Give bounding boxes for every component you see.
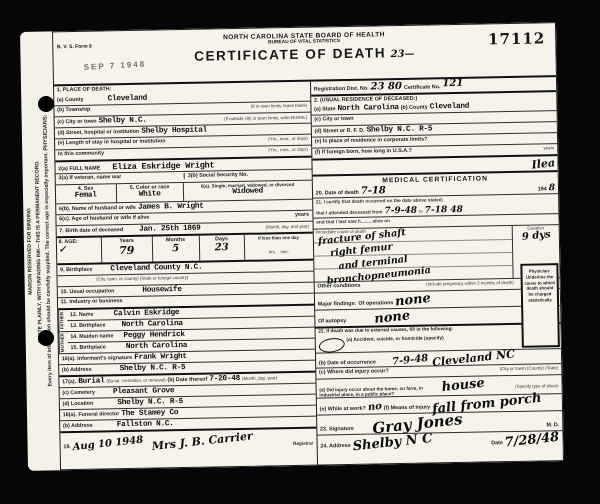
occupation-value: Housewife bbox=[142, 286, 182, 295]
stay-label: (e) Length of stay in hospital or instit… bbox=[58, 138, 166, 146]
age-min-label: min. bbox=[280, 249, 288, 254]
birthplace-hint: (City, town, or county) (State or foreig… bbox=[96, 275, 188, 282]
year-printed: 194 bbox=[538, 186, 547, 192]
father-side-label: FATHER bbox=[58, 310, 67, 331]
year-handwritten: 8 bbox=[549, 183, 555, 193]
veteran-label: 3(a) If veteran, name war bbox=[58, 174, 121, 181]
place-of-death-section-label: 1. PLACE OF DEATH: bbox=[57, 86, 112, 93]
mother-name-label: 14. Maiden name bbox=[70, 333, 113, 340]
informant-signature-value: Frank Wright bbox=[134, 353, 187, 362]
operations-label: Of operations bbox=[358, 300, 393, 307]
burial-type-value: Burial bbox=[78, 377, 104, 385]
handwritten-side-note: Ilea bbox=[530, 156, 555, 171]
registration-district-label: Registration Dist. No. bbox=[314, 86, 369, 93]
mother-birthplace-label: 15. Birthplace bbox=[70, 344, 105, 351]
certificate-header: B. V. S. Form 8 NORTH CAROLINA STATE BOA… bbox=[53, 23, 556, 86]
birthplace-label: 9. Birthplace bbox=[60, 267, 92, 274]
father-name-label: 12. Name bbox=[70, 312, 94, 318]
marital-value: Widowed bbox=[232, 188, 263, 197]
certificate-serial-number: 17112 bbox=[488, 29, 546, 48]
city-hint: (If outside city or town limits, write R… bbox=[224, 115, 307, 122]
burial-date-value: 7-20-48 bbox=[209, 375, 240, 384]
age-days-value: 23 bbox=[215, 242, 229, 253]
registrar-label: Registrar bbox=[293, 441, 313, 446]
last-saw-alive-label: and that I last saw h........ alive on bbox=[316, 218, 390, 224]
spouse-label: 6(b). Name of husband or wife bbox=[59, 205, 136, 212]
major-findings-label: Major findings: bbox=[318, 301, 357, 308]
margin-note-sentence: Every item of information should be care… bbox=[43, 153, 53, 387]
township-label: (b) Township bbox=[57, 107, 90, 114]
mother-side-label: MOTHER bbox=[58, 332, 67, 353]
birth-date-value: Jan. 25th 1869 bbox=[139, 225, 200, 234]
injury-about-value: house bbox=[441, 376, 486, 395]
father-birthplace-label: 13. Birthplace bbox=[70, 322, 105, 329]
residence-foreign-label: (f) If foreign born, how long in U.S.A.? bbox=[315, 148, 412, 156]
registrar-number-label: 19. bbox=[63, 444, 71, 450]
where-injury-label: (c) Where did injury occur? bbox=[319, 368, 389, 375]
injury-about-hint: (Specify type of place) bbox=[515, 383, 559, 389]
left-column: 1. PLACE OF DEATH: (a) County Cleveland … bbox=[54, 82, 317, 470]
date-of-occurrence-value: 7-9-48 bbox=[392, 353, 429, 368]
means-of-injury-label: (f) Means of injury bbox=[384, 404, 431, 411]
mother-birthplace-value: North Carolina bbox=[126, 342, 187, 351]
funeral-director-value: The Stamey Co bbox=[121, 409, 178, 418]
community-label: In this community bbox=[58, 150, 104, 157]
md-label: M. D. bbox=[546, 422, 559, 428]
full-name-value: Eliza Eskridge Wright bbox=[112, 160, 214, 172]
burial-type-hint: (Burial, cremation, or removal) bbox=[106, 377, 165, 383]
physician-instruction-box: Physician: Underline the cause to which … bbox=[520, 263, 560, 348]
autopsy-value: none bbox=[373, 308, 410, 327]
age-hrs-label: hrs. bbox=[269, 249, 276, 254]
attended-to-label: to bbox=[419, 209, 423, 214]
right-column: Registration Dist. No. 23 80 Certificate… bbox=[310, 77, 563, 464]
cemetery-label: (c) Cemetery bbox=[62, 390, 95, 397]
county-label: (a) County bbox=[57, 97, 84, 103]
funeral-director-label: 18(a). Funeral director bbox=[63, 411, 120, 418]
birth-date-hint: (Month, day, and year) bbox=[265, 224, 309, 230]
residence-state-value: North Carolina bbox=[337, 104, 398, 113]
certificate-content: B. V. S. Form 8 NORTH CAROLINA STATE BOA… bbox=[52, 22, 564, 470]
age-years-value: 79 bbox=[119, 244, 135, 257]
sex-value: Femal bbox=[75, 192, 97, 200]
spouse-age-unit: years bbox=[295, 212, 309, 218]
industry-label: 11. Industry or business bbox=[61, 298, 123, 305]
burial-date-label: (b) Date thereof bbox=[167, 377, 207, 384]
registrar-date-received: Aug 10 1948 bbox=[72, 435, 143, 453]
residence-county-label: (b) County bbox=[401, 104, 428, 110]
signed-date-value: 7/28/48 bbox=[504, 430, 560, 451]
other-conditions-hint: (Include pregnancy within 3 months of de… bbox=[426, 280, 514, 287]
external-causes-label: 22. If death was due to external causes,… bbox=[318, 327, 453, 334]
race-value: White bbox=[139, 190, 161, 198]
county-value: Cleveland bbox=[108, 95, 148, 104]
scanned-death-certificate: MARGIN RESERVED FOR BINDING WRITE PLAINL… bbox=[0, 0, 600, 504]
attended-from-value: 7-9-48 bbox=[384, 206, 417, 217]
age-checkmark: ✓ bbox=[59, 245, 67, 255]
margin-note-physicians: PHYSICIANS: bbox=[43, 115, 50, 151]
date-of-occurrence-label: (b) Date of occurrence bbox=[319, 359, 376, 366]
physician-signature-label: 23. Signature bbox=[320, 426, 354, 433]
registrar-signature: Mrs J. B. Carrier bbox=[151, 429, 253, 453]
certificate-no-value: 121 bbox=[442, 78, 463, 89]
circled-mark bbox=[318, 336, 346, 354]
spouse-age-label: 6(c). Age of husband or wife if alive bbox=[59, 215, 149, 223]
informant-address-value: Shelby N.C. R-5 bbox=[120, 364, 186, 373]
form-number: B. V. S. Form 8 bbox=[57, 44, 92, 51]
occupation-label: 10. Usual occupation bbox=[60, 288, 114, 295]
father-birthplace-value: North Carolina bbox=[121, 320, 182, 329]
informant-address-label: (b) Address bbox=[62, 367, 92, 374]
full-name-label: 2(a) FULL NAME bbox=[58, 165, 100, 172]
attended-to-value: 7-18 48 bbox=[425, 205, 463, 216]
residence-foreign-unit: years bbox=[543, 145, 554, 150]
city-value: Shelby N.C. bbox=[99, 117, 147, 126]
certify-statement-line1: 21. I certify that death occurred on the… bbox=[316, 197, 443, 204]
punch-hole-bottom bbox=[38, 330, 54, 346]
street-value: Shelby Hospital bbox=[141, 127, 207, 136]
handwritten-title-note: 23— bbox=[390, 49, 414, 60]
city-label: (c) City or town bbox=[57, 119, 96, 126]
accident-suicide-label: (a) Accident, suicide, or homicide (spec… bbox=[346, 336, 443, 343]
received-date-stamp: SEP 7 1948 bbox=[83, 60, 146, 72]
physician-address-label: 24. Address bbox=[320, 443, 350, 450]
community-hint: (Yrs., mos., or days) bbox=[268, 147, 308, 153]
birth-date-label: 7. Birth date of deceased bbox=[59, 227, 123, 234]
date-of-death-value: 7-18 bbox=[361, 185, 386, 196]
certificate-page: MARGIN RESERVED FOR BINDING WRITE PLAINL… bbox=[20, 22, 564, 471]
other-conditions-label: Other conditions bbox=[317, 283, 360, 290]
certify-statement-line2: that I attended deceased from bbox=[316, 209, 383, 215]
residence-city-label: (c) City or town bbox=[314, 116, 353, 123]
age-months-value: 5 bbox=[172, 243, 179, 254]
signed-date-label: Date bbox=[491, 440, 503, 446]
date-of-death-label: 20. Date of death bbox=[316, 190, 359, 197]
spouse-value: James B. Wright bbox=[138, 203, 204, 212]
cemetery-location-label: (d) Location bbox=[62, 401, 93, 408]
residence-corporate-label: (e) Is place of residence in corporate l… bbox=[315, 137, 428, 145]
punch-hole-top bbox=[38, 96, 54, 112]
operations-value: none bbox=[395, 291, 432, 310]
physician-address-value: Shelby N C bbox=[352, 431, 433, 454]
informant-signature-label: 16(a). Informant's signature bbox=[62, 355, 133, 362]
autopsy-label: Of autopsy bbox=[318, 318, 346, 325]
residence-state-label: (a) State bbox=[314, 106, 335, 112]
certificate-title: CERTIFICATE OF DEATH bbox=[194, 45, 386, 64]
birthplace-value: Cleveland County N.C. bbox=[110, 264, 202, 274]
funeral-address-label: (b) Address bbox=[63, 423, 93, 430]
residence-street-value: Shelby N.C. R-5 bbox=[367, 125, 433, 134]
burial-date-hint: (Month, day, year) bbox=[242, 375, 277, 381]
social-security-label: 3(b) Social Security No. bbox=[184, 172, 248, 179]
cemetery-location-value: Shelby N.C. R-5 bbox=[117, 398, 183, 407]
where-injury-hint: (City or town) (County) (State) bbox=[500, 365, 559, 371]
mother-name-value: Peggy Hendrick bbox=[123, 331, 184, 340]
cemetery-value: Pleasant Grove bbox=[113, 387, 174, 396]
registration-district-value: 23 80 bbox=[370, 81, 402, 93]
funeral-address-value: Fallston N.C. bbox=[117, 420, 174, 429]
duration-value: 9 dys bbox=[521, 229, 551, 243]
while-at-work-label: (e) While at work? bbox=[320, 406, 366, 413]
certificate-no-label: Certificate No. bbox=[404, 84, 441, 91]
residence-street-label: (d) Street or R. F. D. bbox=[315, 128, 365, 135]
burial-number-label: 17(a). bbox=[62, 379, 76, 385]
residence-county-value: Cleveland bbox=[430, 103, 470, 112]
while-at-work-value: no bbox=[367, 401, 382, 413]
township-hint: (If in town limits, leave blank) bbox=[251, 103, 307, 109]
street-label: (d) Street, hospital or institution bbox=[58, 129, 140, 136]
father-name-value: Calvin Eskridge bbox=[113, 309, 179, 318]
stay-hint: (Yrs., mos., or days) bbox=[268, 136, 308, 142]
